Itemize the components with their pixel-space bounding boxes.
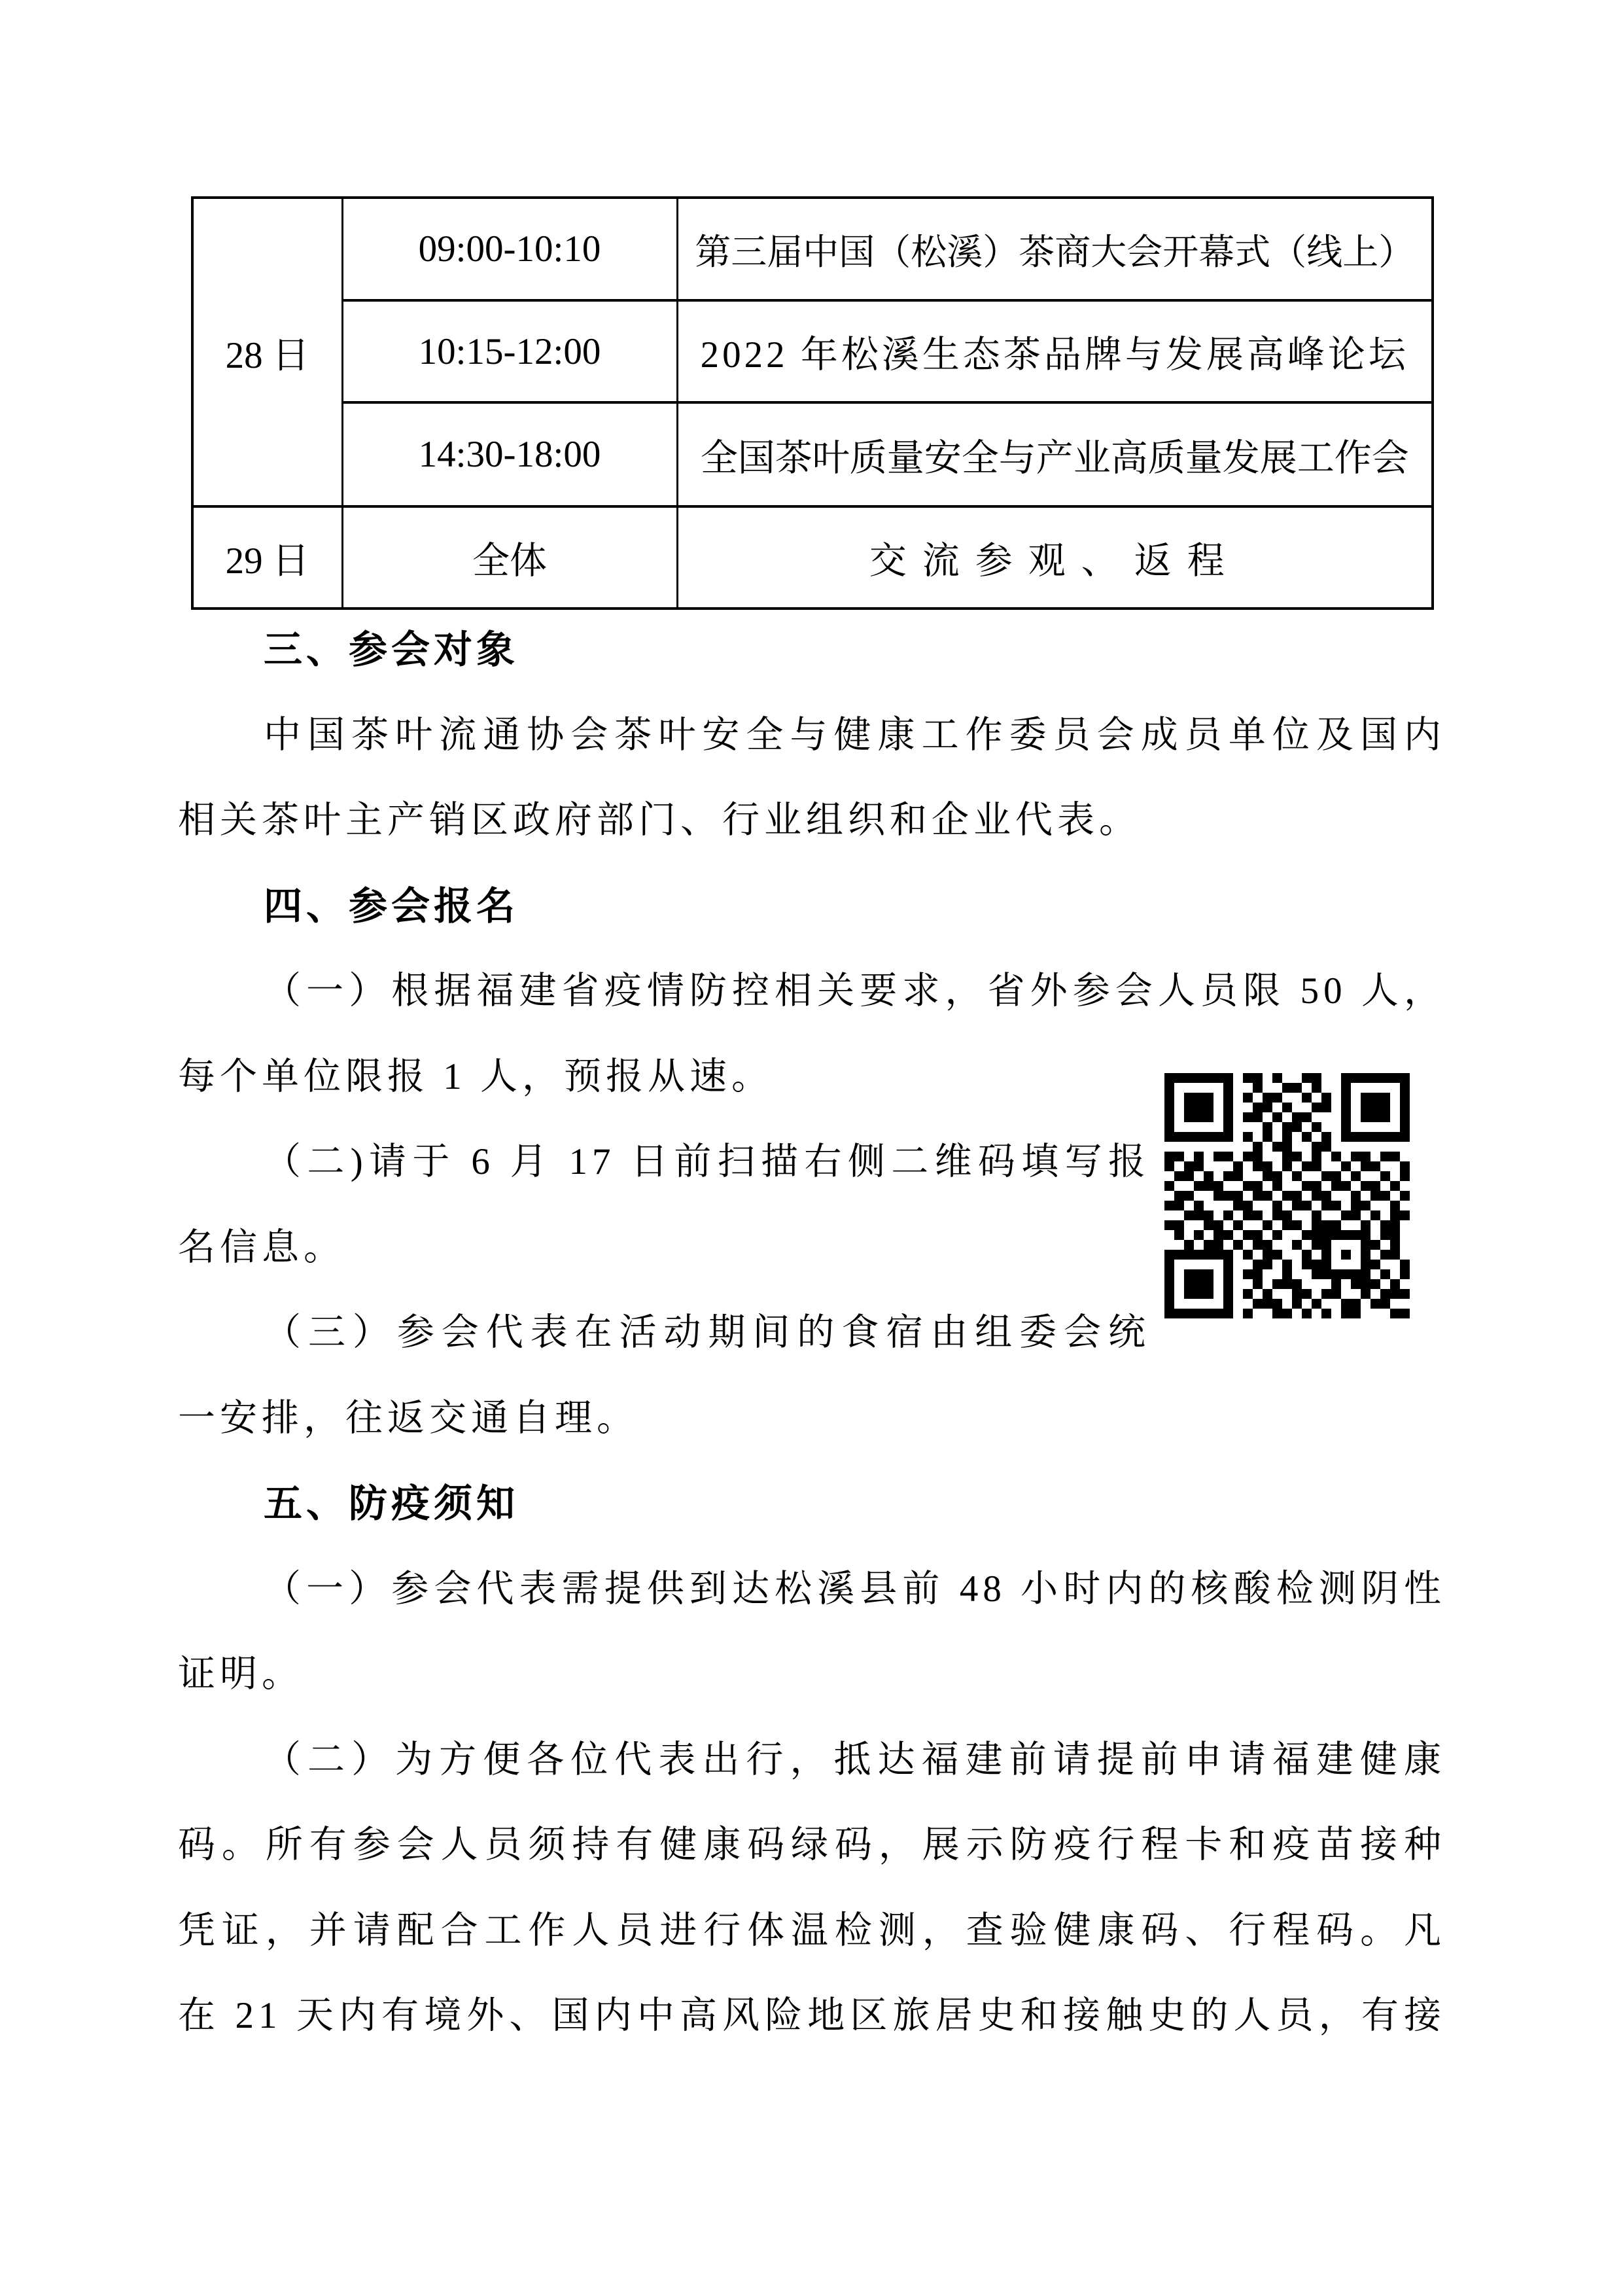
schedule-table: 28 日 09:00-10:10 第三届中国（松溪）茶商大会开幕式（线上） 10… — [191, 196, 1434, 610]
day-cell: 29 日 — [192, 506, 342, 609]
text-line: （一）参会代表需提供到达松溪县前 48 小时内的核酸检测阴性 — [178, 1547, 1446, 1633]
text-line: 一安排，往返交通自理。 — [178, 1376, 1446, 1462]
time-cell: 10:15-12:00 — [342, 300, 677, 402]
section-heading: 四、参会报名 — [178, 864, 1446, 949]
text-line: 中国茶叶流通协会茶叶安全与健康工作委员会成员单位及国内 — [178, 693, 1446, 779]
text-line: 证明。 — [178, 1632, 1446, 1718]
text-line: （一）根据福建省疫情防控相关要求，省外参会人员限 50 人， — [178, 949, 1446, 1034]
text-line: （二)请于 6 月 17 日前扫描右侧二维码填写报 — [178, 1120, 1150, 1205]
time-cell: 09:00-10:10 — [342, 198, 677, 300]
text-line: （三）参会代表在活动期间的食宿由组委会统 — [178, 1290, 1150, 1376]
event-cell: 2022 年松溪生态茶品牌与发展高峰论坛 — [677, 300, 1433, 402]
registration-qr-code — [1164, 1073, 1410, 1318]
text-line: 相关茶叶主产销区政府部门、行业组织和企业代表。 — [178, 778, 1446, 864]
time-cell: 14:30-18:00 — [342, 402, 677, 506]
section-heading: 三、参会对象 — [178, 607, 1446, 693]
day-cell: 28 日 — [192, 198, 342, 506]
section-heading: 五、防疫须知 — [178, 1461, 1446, 1547]
text-line: （二）为方便各位代表出行，抵达福建前请提前申请福建健康 — [178, 1718, 1446, 1803]
document-page: { "page": { "width": 2481, "height": 350… — [0, 0, 1623, 2296]
event-cell: 交流参观、返程 — [677, 506, 1433, 609]
event-cell: 全国茶叶质量安全与产业高质量发展工作会 — [677, 402, 1433, 506]
text-line: 在 21 天内有境外、国内中高风险地区旅居史和接触史的人员，有接 — [178, 1973, 1446, 2059]
document-body: 三、参会对象中国茶叶流通协会茶叶安全与健康工作委员会成员单位及国内相关茶叶主产销… — [178, 607, 1446, 2059]
event-cell: 第三届中国（松溪）茶商大会开幕式（线上） — [677, 198, 1433, 300]
text-line: 凭证，并请配合工作人员进行体温检测，查验健康码、行程码。凡 — [178, 1888, 1446, 1974]
text-line: 码。所有参会人员须持有健康码绿码，展示防疫行程卡和疫苗接种 — [178, 1803, 1446, 1888]
time-cell: 全体 — [342, 506, 677, 609]
